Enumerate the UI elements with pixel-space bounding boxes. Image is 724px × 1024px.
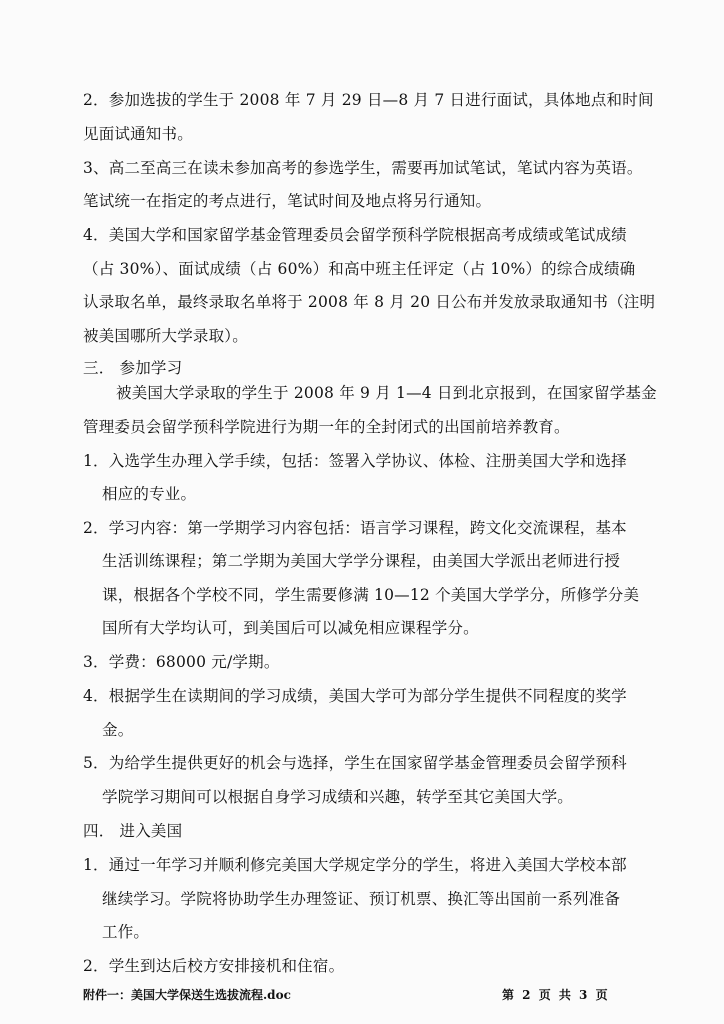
- document-line: 三． 参加学习: [83, 358, 182, 378]
- document-line: 4．美国大学和国家留学基金管理委员会留学预科学院根据高考成绩或笔试成绩: [83, 225, 627, 245]
- footer-page-number: 第 2 页 共 3 页: [502, 986, 610, 1003]
- document-line: 见面试通知书。: [83, 124, 193, 144]
- document-line: 4．根据学生在读期间的学习成绩，美国大学可为部分学生提供不同程度的奖学: [83, 686, 627, 706]
- document-line: 被美国大学录取的学生于 2008 年 9 月 1—4 日到北京报到，在国家留学基…: [116, 383, 657, 403]
- document-line: 2．学习内容：第一学期学习内容包括：语言学习课程，跨文化交流课程，基本: [83, 518, 627, 538]
- document-line: 金。: [102, 720, 133, 740]
- document-line: 学院学习期间可以根据自身学习成绩和兴趣，转学至其它美国大学。: [102, 787, 573, 807]
- document-line: 管理委员会留学预科学院进行为期一年的全封闭式的出国前培养教育。: [83, 417, 570, 437]
- document-line: 2．参加选拔的学生于 2008 年 7 月 29 日—8 月 7 日进行面试，具…: [83, 90, 654, 110]
- footer-attachment-name: 附件一：美国大学保送生选拔流程.doc: [83, 986, 291, 1003]
- document-line: 1．通过一年学习并顺利修完美国大学规定学分的学生，将进入美国大学校本部: [83, 855, 627, 875]
- document-line: 5．为给学生提供更好的机会与选择，学生在国家留学基金管理委员会留学预科: [83, 753, 627, 773]
- document-line: 继续学习。学院将协助学生办理签证、预订机票、换汇等出国前一系列准备: [102, 889, 620, 909]
- document-line: 相应的专业。: [102, 484, 196, 504]
- document-line: 认录取名单，最终录取名单将于 2008 年 8 月 20 日公布并发放录取通知书…: [83, 292, 655, 312]
- document-line: （占 30%）、面试成绩（占 60%）和高中班主任评定（占 10%）的综合成绩确: [83, 259, 635, 279]
- document-line: 被美国哪所大学录取）。: [83, 326, 248, 346]
- document-line: 1．入选学生办理入学手续，包括：签署入学协议、体检、注册美国大学和选择: [83, 451, 627, 471]
- document-line: 国所有大学均认可，到美国后可以减免相应课程学分。: [102, 618, 479, 638]
- document-line: 生活训练课程；第二学期为美国大学学分课程，由美国大学派出老师进行授: [102, 551, 620, 571]
- document-line: 课，根据各个学校不同，学生需要修满 10—12 个美国大学学分，所修学分美: [102, 585, 639, 605]
- document-line: 3、高二至高三在读未参加高考的参选学生，需要再加试笔试，笔试内容为英语。: [83, 158, 643, 178]
- document-line: 3．学费：68000 元/学期。: [83, 652, 280, 672]
- document-line: 笔试统一在指定的考点进行，笔试时间及地点将另行通知。: [83, 191, 491, 211]
- document-line: 工作。: [102, 922, 149, 942]
- document-line: 2．学生到达后校方安排接机和住宿。: [83, 956, 344, 976]
- document-line: 四． 进入美国: [83, 821, 182, 841]
